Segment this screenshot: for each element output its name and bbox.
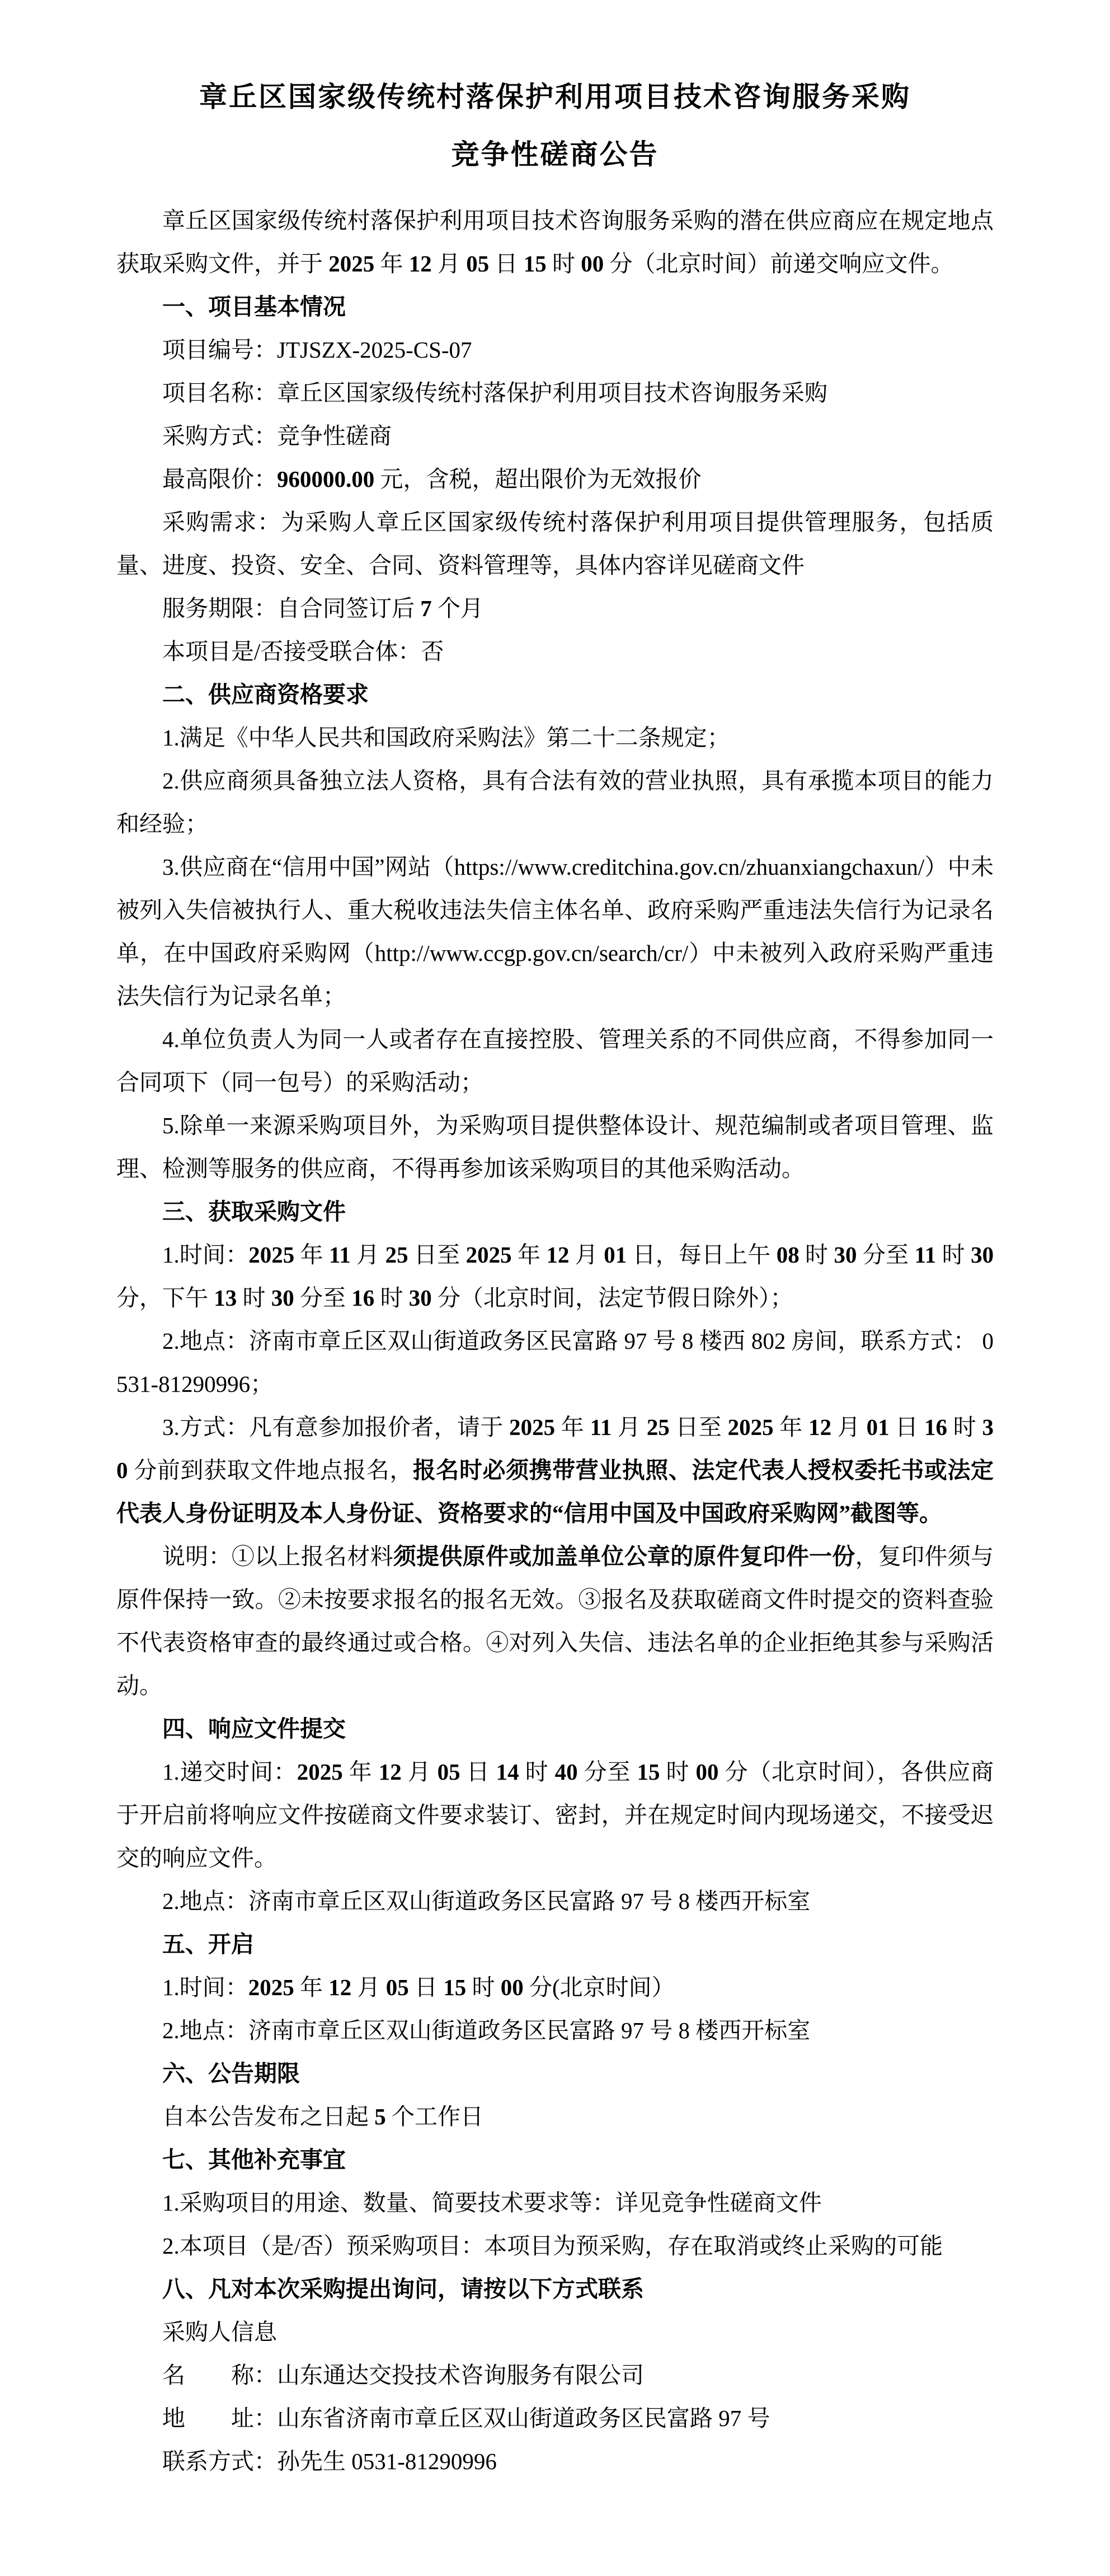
paragraph: 本项目是/否接受联合体：否 xyxy=(116,630,994,673)
paragraph: 3.供应商在“信用中国”网站（https://www.creditchina.g… xyxy=(116,846,994,1018)
text-run: 分(北京时间） xyxy=(524,1974,675,2000)
text-run: 08 xyxy=(777,1242,799,1268)
text-run: 5.除单一来源采购项目外，为采购项目提供整体设计、规范编制或者项目管理、监理、检… xyxy=(116,1113,994,1181)
text-run: 年 xyxy=(512,1242,547,1268)
text-run: 日至 xyxy=(408,1242,466,1268)
paragraph: 2.本项目（是/否）预采购项目：本项目为预采购，存在取消或终止采购的可能 xyxy=(116,2225,994,2268)
text-run: 3.方式：凡有意参加报价者，请于 xyxy=(162,1414,509,1440)
text-run: 时 xyxy=(936,1242,971,1268)
text-run: 地 址：山东省济南市章丘区双山街道政务区民富路 97 号 xyxy=(162,2405,770,2431)
title-line-2: 竞争性磋商公告 xyxy=(116,126,994,184)
section-heading: 五、开启 xyxy=(116,1923,994,1966)
text-run: 7 xyxy=(420,595,432,621)
text-run: 日至 xyxy=(670,1414,728,1440)
text-run: 1.递交时间： xyxy=(162,1759,297,1785)
text-run: 联系方式：孙先生 0531-81290996 xyxy=(162,2448,497,2474)
text-run: 00 xyxy=(581,251,604,276)
paragraph: 2.地点：济南市章丘区双山街道政务区民富路 97 号 8 楼西开标室 xyxy=(116,2009,994,2052)
text-run: 分至 xyxy=(578,1759,637,1785)
text-run: 2025 xyxy=(248,1974,294,2000)
text-run: 05 xyxy=(466,251,489,276)
text-run: 元，含税，超出限价为无效报价 xyxy=(374,466,701,492)
text-run: 个工作日 xyxy=(386,2104,483,2129)
text-run: 2025 xyxy=(248,1242,294,1268)
text-run: 25 xyxy=(647,1414,670,1440)
text-run: 四、响应文件提交 xyxy=(162,1716,346,1742)
text-run: 11 xyxy=(329,1242,351,1268)
text-run: 4.单位负责人为同一人或者存在直接控股、管理关系的不同供应商，不得参加同一合同项… xyxy=(116,1026,994,1095)
paragraph: 项目编号：JTJSZX-2025-CS-07 xyxy=(116,329,994,372)
paragraph: 联系方式：孙先生 0531-81290996 xyxy=(116,2440,994,2483)
text-run: 12 xyxy=(409,251,432,276)
paragraph: 采购方式：竞争性磋商 xyxy=(116,415,994,458)
text-run: 11 xyxy=(914,1242,936,1268)
text-run: 01 xyxy=(604,1242,627,1268)
text-run: 日 xyxy=(460,1759,496,1785)
text-run: 30 xyxy=(971,1242,994,1268)
text-run: 05 xyxy=(438,1759,460,1785)
paragraph: 服务期限：自合同签订后 7 个月 xyxy=(116,587,994,630)
paragraph: 1.递交时间：2025 年 12 月 05 日 14 时 40 分至 15 时 … xyxy=(116,1751,994,1880)
paragraph: 3.方式：凡有意参加报价者，请于 2025 年 11 月 25 日至 2025 … xyxy=(116,1406,994,1535)
text-run: 月 xyxy=(831,1414,866,1440)
title-line-1: 章丘区国家级传统村落保护利用项目技术咨询服务采购 xyxy=(116,68,994,126)
text-run: 采购方式：竞争性磋商 xyxy=(162,423,392,449)
text-run: 分（北京时间，法定节假日除外）； xyxy=(432,1285,793,1311)
text-run: 一、项目基本情况 xyxy=(162,294,346,320)
paragraph: 项目名称：章丘区国家级传统村落保护利用项目技术咨询服务采购 xyxy=(116,372,994,415)
text-run: 三、获取采购文件 xyxy=(162,1199,346,1224)
text-run: 00 xyxy=(501,1974,524,2000)
text-run: 本项目是/否接受联合体：否 xyxy=(162,639,444,664)
text-run: 七、其他补充事宜 xyxy=(162,2147,346,2173)
text-run: 月 xyxy=(612,1414,646,1440)
text-run: 12 xyxy=(328,1974,351,2000)
text-run: 个月 xyxy=(432,595,483,621)
text-run: 项目编号：JTJSZX-2025-CS-07 xyxy=(162,337,472,363)
text-run: 40 xyxy=(555,1759,578,1785)
text-run: 年 xyxy=(343,1759,379,1785)
section-heading: 七、其他补充事宜 xyxy=(116,2138,994,2181)
text-run: 30 xyxy=(834,1242,857,1268)
text-run: 说明：①以上报名材料 xyxy=(162,1543,393,1569)
text-run: 分（北京时间）前递交响应文件。 xyxy=(604,251,953,276)
paragraph: 1.时间：2025 年 11 月 25 日至 2025 年 12 月 01 日，… xyxy=(116,1233,994,1320)
text-run: 14 xyxy=(496,1759,519,1785)
text-run: 采购人信息 xyxy=(162,2319,277,2345)
announcement-page: 章丘区国家级传统村落保护利用项目技术咨询服务采购 竞争性磋商公告 章丘区国家级传… xyxy=(0,0,1110,2576)
text-run: 月 xyxy=(432,251,467,276)
text-run: 最高限价： xyxy=(162,466,277,492)
text-run: 分，下午 xyxy=(116,1285,214,1311)
paragraph: 1.采购项目的用途、数量、简要技术要求等：详见竞争性磋商文件 xyxy=(116,2181,994,2225)
paragraph: 自本公告发布之日起 5 个工作日 xyxy=(116,2095,994,2138)
text-run: 15 xyxy=(524,251,547,276)
text-run: 05 xyxy=(386,1974,409,2000)
text-run: 分至 xyxy=(294,1285,352,1311)
text-run: 五、开启 xyxy=(162,1931,254,1957)
text-run: 2.本项目（是/否）预采购项目：本项目为预采购，存在取消或终止采购的可能 xyxy=(162,2233,943,2259)
paragraph: 1.满足《中华人民共和国政府采购法》第二十二条规定； xyxy=(116,716,994,759)
paragraph: 最高限价：960000.00 元，含税，超出限价为无效报价 xyxy=(116,458,994,501)
text-run: 25 xyxy=(385,1242,408,1268)
paragraph: 2.供应商须具备独立法人资格，具有合法有效的营业执照，具有承揽本项目的能力和经验… xyxy=(116,759,994,846)
text-run: 月 xyxy=(569,1242,604,1268)
text-run: 年 xyxy=(294,1974,329,2000)
text-run: 自本公告发布之日起 xyxy=(162,2104,374,2129)
text-run: 2025 xyxy=(297,1759,343,1785)
text-run: 2.供应商须具备独立法人资格，具有合法有效的营业执照，具有承揽本项目的能力和经验… xyxy=(116,768,994,837)
text-run: 月 xyxy=(351,1242,385,1268)
text-run: 12 xyxy=(546,1242,569,1268)
text-run: 时 xyxy=(947,1414,982,1440)
section-heading: 三、获取采购文件 xyxy=(116,1190,994,1233)
text-run: 5 xyxy=(374,2104,386,2129)
paragraph: 4.单位负责人为同一人或者存在直接控股、管理关系的不同供应商，不得参加同一合同项… xyxy=(116,1018,994,1104)
text-run: 时 xyxy=(466,1974,501,2000)
text-run: 分至 xyxy=(857,1242,915,1268)
text-run: 30 xyxy=(271,1285,294,1311)
text-run: 年 xyxy=(774,1414,808,1440)
text-run: 2025 xyxy=(509,1414,555,1440)
text-run: 须提供原件或加盖单位公章的原件复印件一份 xyxy=(393,1543,855,1569)
paragraph: 名 称：山东通达交投技术咨询服务有限公司 xyxy=(116,2354,994,2397)
text-run: 1.时间： xyxy=(162,1242,248,1268)
text-run: 六、公告期限 xyxy=(162,2061,300,2086)
paragraph: 2.地点：济南市章丘区双山街道政务区民富路 97 号 8 楼西开标室 xyxy=(116,1880,994,1923)
paragraph: 采购人信息 xyxy=(116,2311,994,2354)
text-run: 16 xyxy=(924,1414,947,1440)
text-run: 2025 xyxy=(728,1414,774,1440)
text-run: 名 称：山东通达交投技术咨询服务有限公司 xyxy=(162,2362,644,2388)
section-heading: 四、响应文件提交 xyxy=(116,1707,994,1751)
text-run: 12 xyxy=(808,1414,831,1440)
text-run: 年 xyxy=(294,1242,329,1268)
text-run: 15 xyxy=(637,1759,660,1785)
text-run: 01 xyxy=(867,1414,890,1440)
text-run: 时 xyxy=(519,1759,555,1785)
text-run: 时 xyxy=(547,251,581,276)
text-run: 11 xyxy=(590,1414,612,1440)
section-heading: 二、供应商资格要求 xyxy=(116,673,994,716)
text-run: 16 xyxy=(351,1285,374,1311)
text-run: 30 xyxy=(409,1285,432,1311)
paragraph: 5.除单一来源采购项目外，为采购项目提供整体设计、规范编制或者项目管理、监理、检… xyxy=(116,1104,994,1190)
text-run: 2.地点：济南市章丘区双山街道政务区民富路 97 号 8 楼西 802 房间，联… xyxy=(116,1328,994,1397)
text-run: 2025 xyxy=(328,251,374,276)
text-run: 2.地点：济南市章丘区双山街道政务区民富路 97 号 8 楼西开标室 xyxy=(162,2017,810,2043)
paragraph: 采购需求：为采购人章丘区国家级传统村落保护利用项目提供管理服务，包括质量、进度、… xyxy=(116,501,994,587)
text-run: 二、供应商资格要求 xyxy=(162,682,369,707)
text-run: 月 xyxy=(402,1759,438,1785)
text-run: 日 xyxy=(890,1414,924,1440)
text-run: 采购需求：为采购人章丘区国家级传统村落保护利用项目提供管理服务，包括质量、进度、… xyxy=(116,509,994,578)
text-run: 年 xyxy=(555,1414,590,1440)
text-run: 服务期限：自合同签订后 xyxy=(162,595,420,621)
text-run: 年 xyxy=(374,251,409,276)
text-run: 1.满足《中华人民共和国政府采购法》第二十二条规定； xyxy=(162,725,730,750)
section-heading: 八、凡对本次采购提出询问，请按以下方式联系 xyxy=(116,2268,994,2311)
document-title: 章丘区国家级传统村落保护利用项目技术咨询服务采购 竞争性磋商公告 xyxy=(116,68,994,184)
text-run: 960000.00 xyxy=(277,466,374,492)
text-run: 项目名称：章丘区国家级传统村落保护利用项目技术咨询服务采购 xyxy=(162,380,827,406)
text-run: 月 xyxy=(351,1974,386,2000)
section-heading: 六、公告期限 xyxy=(116,2052,994,2095)
text-run: 2.地点：济南市章丘区双山街道政务区民富路 97 号 8 楼西开标室 xyxy=(162,1888,810,1914)
text-run: 日 xyxy=(489,251,524,276)
text-run: 日，每日上午 xyxy=(627,1242,776,1268)
text-run: 00 xyxy=(695,1759,718,1785)
text-run: 时 xyxy=(660,1759,695,1785)
text-run: 1.时间： xyxy=(162,1974,248,2000)
paragraph: 说明：①以上报名材料须提供原件或加盖单位公章的原件复印件一份，复印件须与原件保持… xyxy=(116,1535,994,1707)
paragraph: 章丘区国家级传统村落保护利用项目技术咨询服务采购的潜在供应商应在规定地点获取采购… xyxy=(116,199,994,285)
text-run: 12 xyxy=(379,1759,402,1785)
document-body: 章丘区国家级传统村落保护利用项目技术咨询服务采购的潜在供应商应在规定地点获取采购… xyxy=(116,199,994,2483)
text-run: 15 xyxy=(443,1974,466,2000)
paragraph: 1.时间：2025 年 12 月 05 日 15 时 00 分(北京时间） xyxy=(116,1966,994,2009)
text-run: 3.供应商在“信用中国”网站（https://www.creditchina.g… xyxy=(116,854,994,1009)
text-run: 1.采购项目的用途、数量、简要技术要求等：详见竞争性磋商文件 xyxy=(162,2190,822,2216)
section-heading: 一、项目基本情况 xyxy=(116,285,994,329)
text-run: 时 xyxy=(799,1242,834,1268)
text-run: 八、凡对本次采购提出询问，请按以下方式联系 xyxy=(162,2276,644,2302)
paragraph: 地 址：山东省济南市章丘区双山街道政务区民富路 97 号 xyxy=(116,2397,994,2440)
text-run: 分前到获取文件地点报名， xyxy=(128,1457,413,1483)
text-run: 时 xyxy=(237,1285,271,1311)
text-run: 2025 xyxy=(466,1242,512,1268)
text-run: 日 xyxy=(409,1974,444,2000)
text-run: 13 xyxy=(214,1285,237,1311)
text-run: 时 xyxy=(374,1285,409,1311)
paragraph: 2.地点：济南市章丘区双山街道政务区民富路 97 号 8 楼西 802 房间，联… xyxy=(116,1320,994,1406)
